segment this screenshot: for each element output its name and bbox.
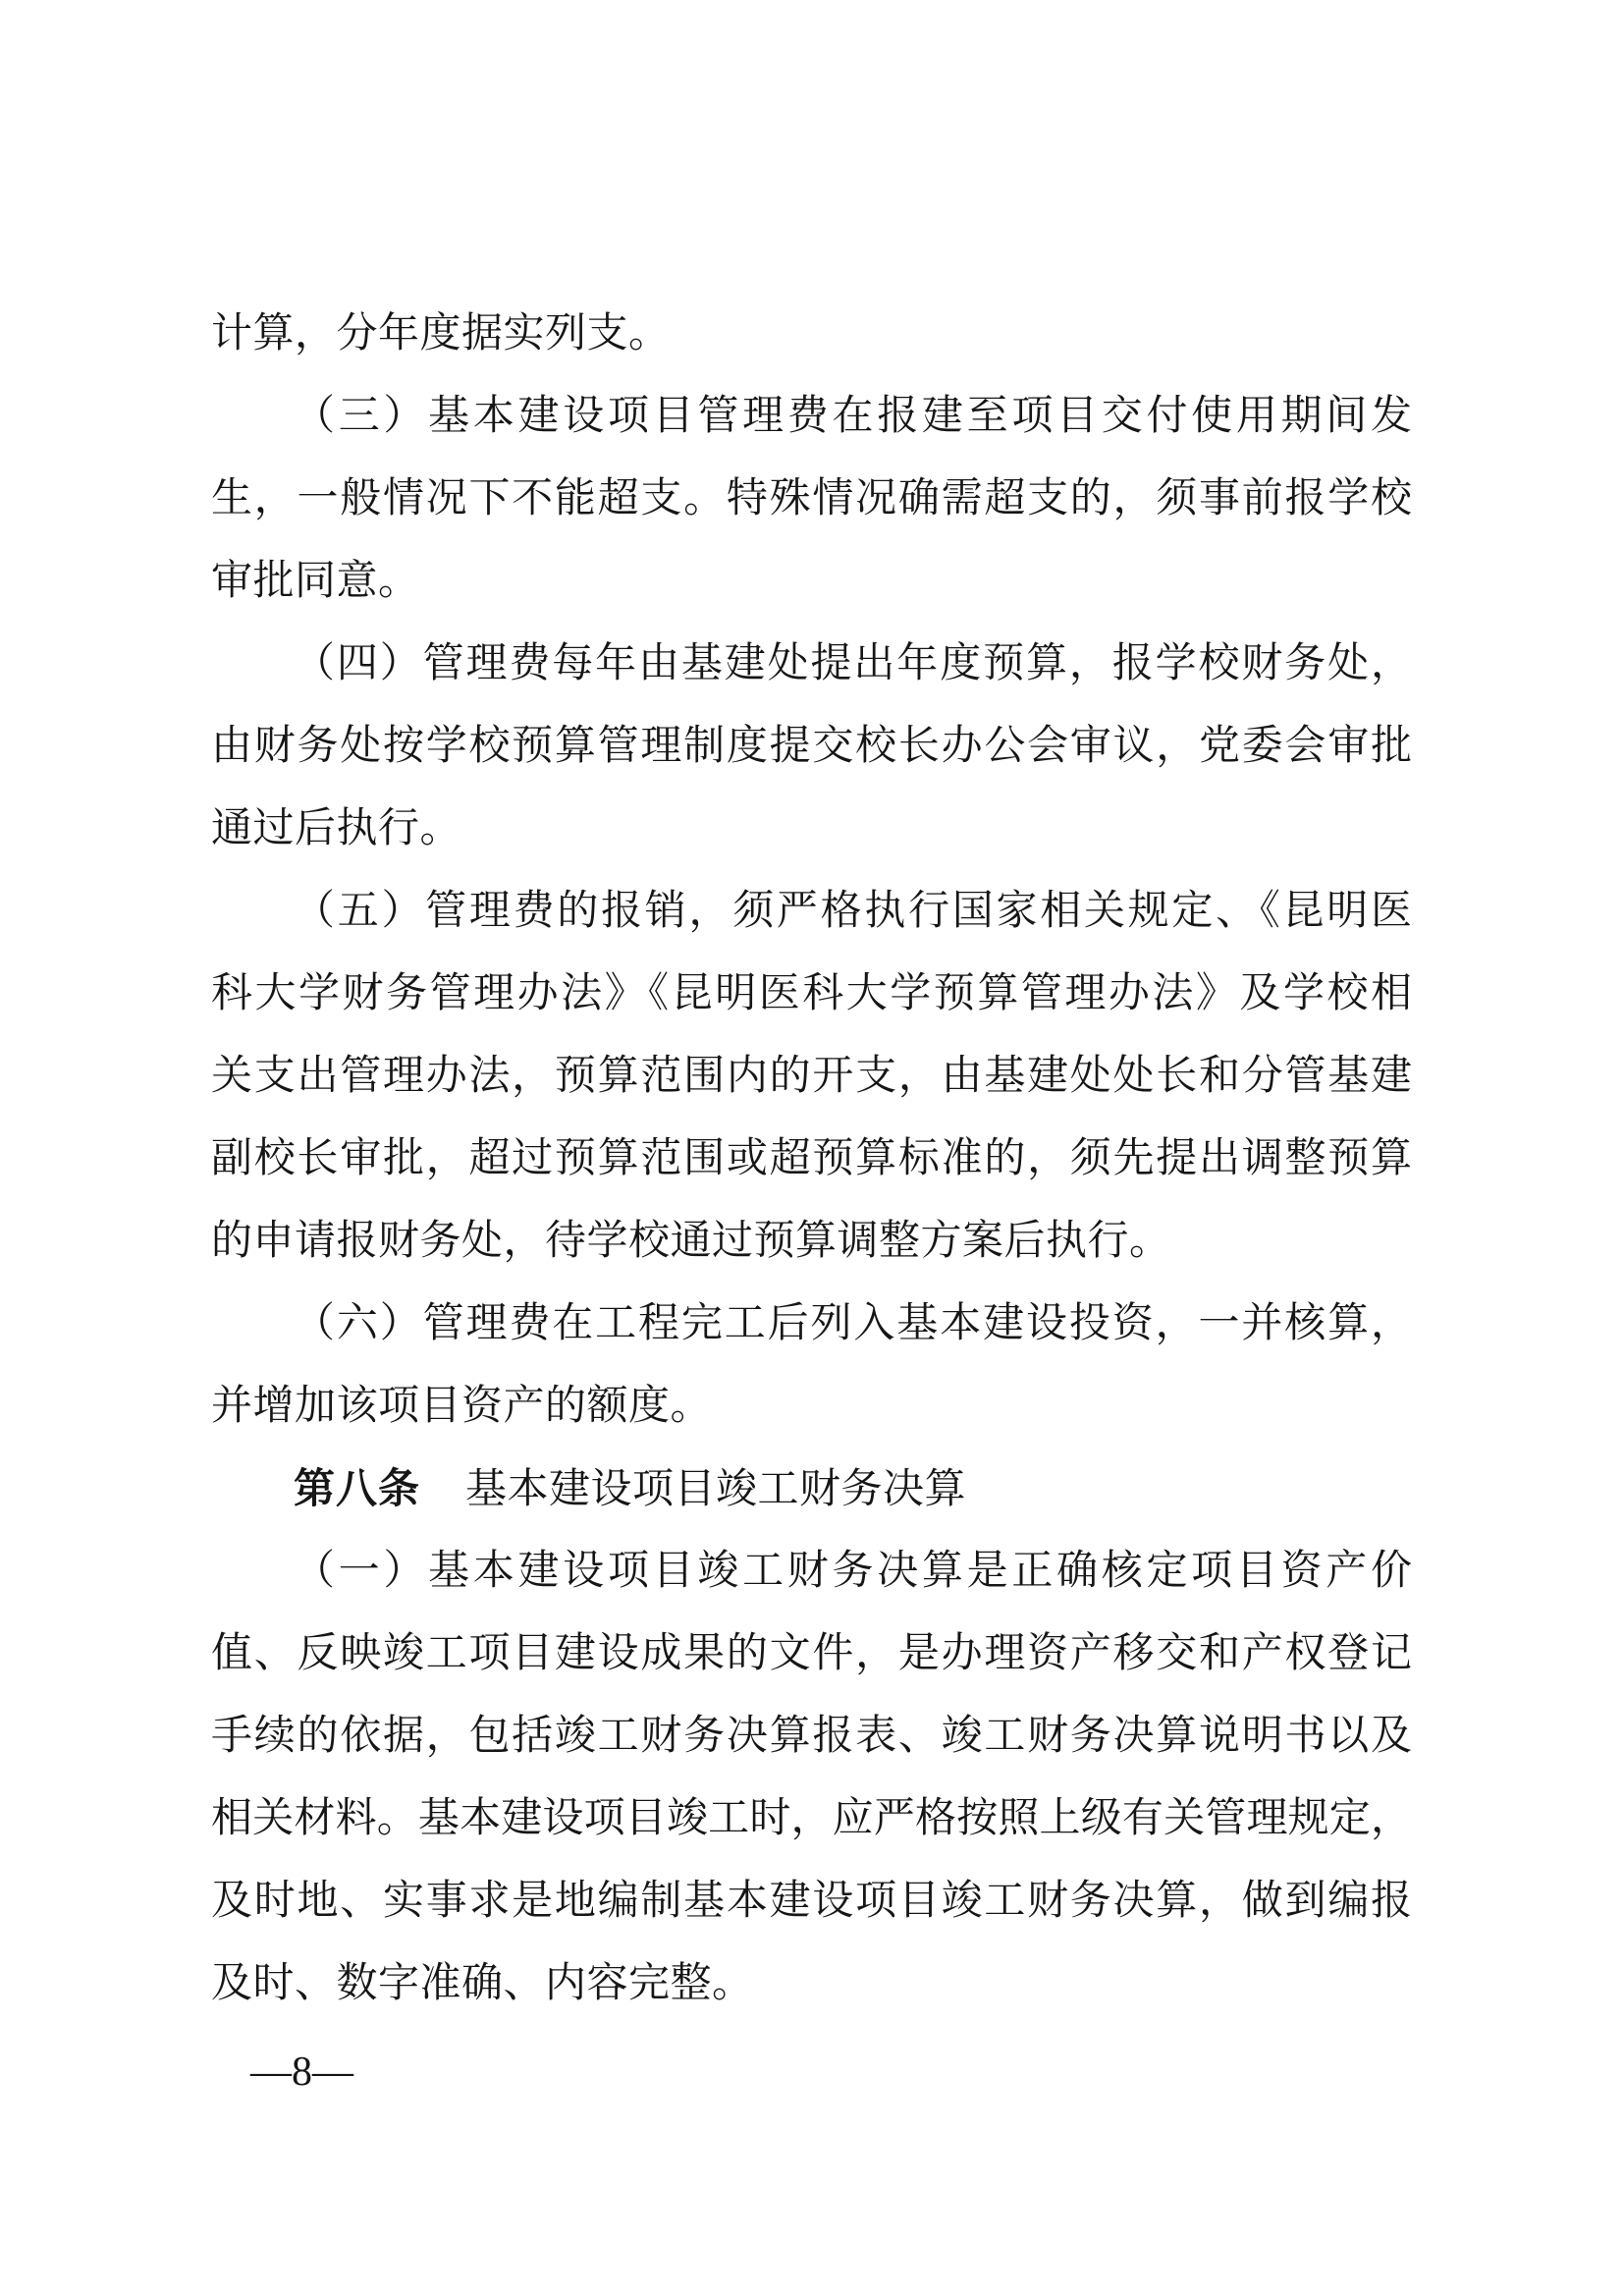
text-line: 计算，分年度据实列支。 bbox=[211, 293, 1412, 375]
text-line: 由财务处按学校预算管理制度提交校长办公会审议，党委会审批 bbox=[211, 705, 1412, 788]
text-line: 及时地、实事求是地编制基本建设项目竣工财务决算，做到编报 bbox=[211, 1860, 1412, 1942]
text-line: （四）管理费每年由基建处提出年度预算，报学校财务处， bbox=[211, 623, 1412, 705]
text-line: 的申请报财务处，待学校通过预算调整方案后执行。 bbox=[211, 1200, 1412, 1283]
article-number: 第八条 bbox=[294, 1465, 420, 1511]
document-page: 计算，分年度据实列支。（三）基本建设项目管理费在报建至项目交付使用期间发生，一般… bbox=[0, 0, 1623, 2296]
text-line: 值、反映竣工项目建设成果的文件，是办理资产移交和产权登记 bbox=[211, 1613, 1412, 1695]
text-line: （三）基本建设项目管理费在报建至项目交付使用期间发 bbox=[211, 375, 1412, 458]
text-line: 并增加该项目资产的额度。 bbox=[211, 1365, 1412, 1448]
text-line: （五）管理费的报销，须严格执行国家相关规定、《昆明医 bbox=[211, 870, 1412, 953]
text-line: 通过后执行。 bbox=[211, 788, 1412, 870]
text-line: 关支出管理办法，预算范围内的开支，由基建处处长和分管基建 bbox=[211, 1035, 1412, 1118]
text-line: 审批同意。 bbox=[211, 540, 1412, 623]
text-line: 副校长审批，超过预算范围或超预算标准的，须先提出调整预算 bbox=[211, 1118, 1412, 1200]
page-number: —8— bbox=[250, 2048, 353, 2097]
text-line: （六）管理费在工程完工后列入基本建设投资，一并核算， bbox=[211, 1283, 1412, 1365]
text-line: 及时、数字准确、内容完整。 bbox=[211, 1942, 1412, 2025]
text-line: 生，一般情况下不能超支。特殊情况确需超支的，须事前报学校 bbox=[211, 458, 1412, 540]
text-line: 科大学财务管理办法》《昆明医科大学预算管理办法》及学校相 bbox=[211, 953, 1412, 1035]
text-line: （一）基本建设项目竣工财务决算是正确核定项目资产价 bbox=[211, 1530, 1412, 1613]
text-line: 相关材料。基本建设项目竣工时，应严格按照上级有关管理规定， bbox=[211, 1777, 1412, 1860]
article-heading: 第八条基本建设项目竣工财务决算 bbox=[211, 1448, 1412, 1530]
article-title: 基本建设项目竣工财务决算 bbox=[465, 1467, 966, 1512]
document-lines: 计算，分年度据实列支。（三）基本建设项目管理费在报建至项目交付使用期间发生，一般… bbox=[211, 293, 1412, 2025]
text-line: 手续的依据，包括竣工财务决算报表、竣工财务决算说明书以及 bbox=[211, 1695, 1412, 1777]
